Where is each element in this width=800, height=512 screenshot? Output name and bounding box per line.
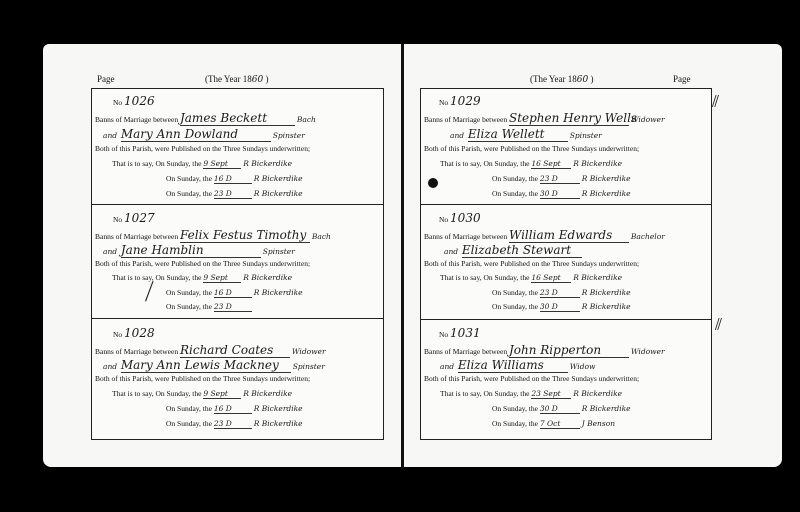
banns-line: Banns of Marriage between Richard Coates… bbox=[95, 343, 326, 358]
parish-line: Both of this Parish, were Published on t… bbox=[424, 374, 639, 383]
bride-name: Jane Hamblin bbox=[121, 243, 261, 258]
sunday-1: That is to say, On Sunday, the 9 Sept R … bbox=[112, 159, 292, 169]
book-gutter bbox=[401, 44, 404, 469]
groom-name: Felix Festus Timothy bbox=[180, 228, 310, 243]
sunday-3: On Sunday, the 23 D R Bickerdike bbox=[166, 419, 303, 429]
bride-name: Mary Ann Lewis Mackney bbox=[121, 358, 291, 373]
sunday-3: On Sunday, the 23 D R Bickerdike bbox=[166, 189, 303, 199]
parish-line: Both of this Parish, were Published on t… bbox=[95, 374, 310, 383]
groom-name: Richard Coates bbox=[180, 343, 290, 358]
sunday-2: On Sunday, the 23 D R Bickerdike bbox=[492, 288, 631, 298]
left-year-heading: (The Year 1860 ) bbox=[205, 74, 268, 85]
groom-status: Widower bbox=[631, 115, 665, 124]
bride-name: Mary Ann Dowland bbox=[121, 127, 271, 142]
groom-name: John Ripperton bbox=[509, 343, 629, 358]
entry-number: No 1026 bbox=[113, 94, 155, 108]
bride-line: and Mary Ann Dowland Spinster bbox=[103, 127, 305, 142]
bride-line: and Jane Hamblin Spinster bbox=[103, 243, 295, 258]
bride-line: and Mary Ann Lewis Mackney Spinster bbox=[103, 358, 325, 373]
entry-number: No 1027 bbox=[113, 211, 155, 225]
sunday-3: On Sunday, the 7 Oct J Benson bbox=[492, 419, 615, 429]
sunday-3: On Sunday, the 30 D R Bickerdike bbox=[492, 302, 631, 312]
parish-line: Both of this Parish, were Published on t… bbox=[424, 144, 639, 153]
sunday-1: That is to say, On Sunday, the 16 Sept R… bbox=[440, 159, 622, 169]
groom-status: Bachelor bbox=[631, 232, 665, 241]
sunday-3: On Sunday, the 23 D bbox=[166, 302, 252, 312]
entry-number: No 1030 bbox=[439, 211, 481, 225]
right-year-heading: (The Year 1860 ) bbox=[530, 74, 593, 85]
banns-line: Banns of Marriage between William Edward… bbox=[424, 228, 665, 243]
parish-line: Both of this Parish, were Published on t… bbox=[424, 259, 639, 268]
bride-name: Eliza Williams bbox=[458, 358, 568, 373]
bride-name: Elizabeth Stewart bbox=[462, 243, 582, 258]
groom-status: Bach bbox=[297, 115, 316, 124]
sunday-2: On Sunday, the 16 D R Bickerdike bbox=[166, 404, 303, 414]
left-page-label: Page bbox=[97, 74, 115, 84]
parish-line: Both of this Parish, were Published on t… bbox=[95, 144, 310, 153]
bride-status: Spinster bbox=[273, 131, 305, 140]
groom-name: James Beckett bbox=[180, 111, 295, 126]
parish-line: Both of this Parish, were Published on t… bbox=[95, 259, 310, 268]
groom-status: Bach bbox=[312, 232, 331, 241]
sunday-2: On Sunday, the 16 D R Bickerdike bbox=[166, 174, 303, 184]
sunday-2: On Sunday, the 16 D R Bickerdike bbox=[166, 288, 303, 298]
sunday-1: That is to say, On Sunday, the 16 Sept R… bbox=[440, 273, 622, 283]
sunday-3: On Sunday, the 30 D R Bickerdike bbox=[492, 189, 631, 199]
banns-line: Banns of Marriage between John Ripperton… bbox=[424, 343, 665, 358]
bride-status: Widow bbox=[570, 362, 596, 371]
bride-line: and Elizabeth Stewart bbox=[444, 243, 582, 258]
banns-line: Banns of Marriage between Stephen Henry … bbox=[424, 111, 665, 126]
groom-name: Stephen Henry Wells bbox=[509, 111, 629, 126]
entry-number: No 1028 bbox=[113, 326, 155, 340]
bride-line: and Eliza Wellett Spinster bbox=[450, 127, 602, 142]
banns-line: Banns of Marriage between Felix Festus T… bbox=[95, 228, 331, 243]
bride-name: Eliza Wellett bbox=[468, 127, 568, 142]
margin-mark-icon: ⫽ bbox=[712, 92, 719, 112]
right-page-label: Page bbox=[673, 74, 691, 84]
groom-status: Widower bbox=[631, 347, 665, 356]
entry-number: No 1031 bbox=[439, 326, 481, 340]
margin-mark-icon: ⫽ bbox=[715, 315, 722, 335]
sunday-1: That is to say, On Sunday, the 23 Sept R… bbox=[440, 389, 622, 399]
sunday-2: On Sunday, the 30 D R Bickerdike bbox=[492, 404, 631, 414]
bride-line: and Eliza Williams Widow bbox=[440, 358, 595, 373]
bride-status: Spinster bbox=[263, 247, 295, 256]
sunday-1: That is to say, On Sunday, the 9 Sept R … bbox=[112, 273, 292, 283]
sunday-1: That is to say, On Sunday, the 9 Sept R … bbox=[112, 389, 292, 399]
bride-status: Spinster bbox=[293, 362, 325, 371]
sunday-2: On Sunday, the 23 D R Bickerdike bbox=[492, 174, 631, 184]
groom-status: Widower bbox=[292, 347, 326, 356]
groom-name: William Edwards bbox=[509, 228, 629, 243]
banns-line: Banns of Marriage between James Beckett … bbox=[95, 111, 316, 126]
entry-number: No 1029 bbox=[439, 94, 481, 108]
ink-blot bbox=[428, 178, 438, 188]
bride-status: Spinster bbox=[570, 131, 602, 140]
